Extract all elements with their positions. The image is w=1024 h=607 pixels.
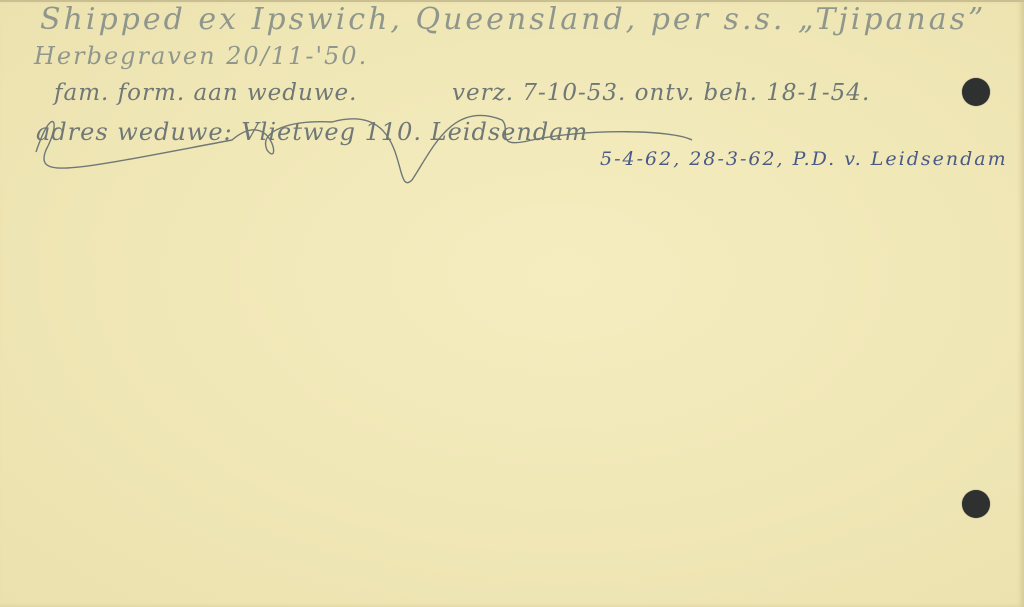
family-form-note: fam. form. aan weduwe. <box>54 80 357 106</box>
punch-hole-top <box>962 78 990 106</box>
reburial-note: Herbegraven 20/11-'50. <box>34 42 368 70</box>
later-ink-annotation: 5-4-62, 28-3-62, P.D. v. Leidsendam <box>600 148 1008 170</box>
archive-index-card: Shipped ex Ipswich, Queensland, per s.s.… <box>0 0 1024 607</box>
sent-received-dates: verz. 7-10-53. ontv. beh. 18-1-54. <box>452 80 870 106</box>
shipping-note: Shipped ex Ipswich, Queensland, per s.s.… <box>40 2 986 37</box>
punch-hole-bottom <box>962 490 990 518</box>
widow-address-crossed-out: adres weduwe: Vlietweg 110. Leidsendam <box>36 118 588 146</box>
